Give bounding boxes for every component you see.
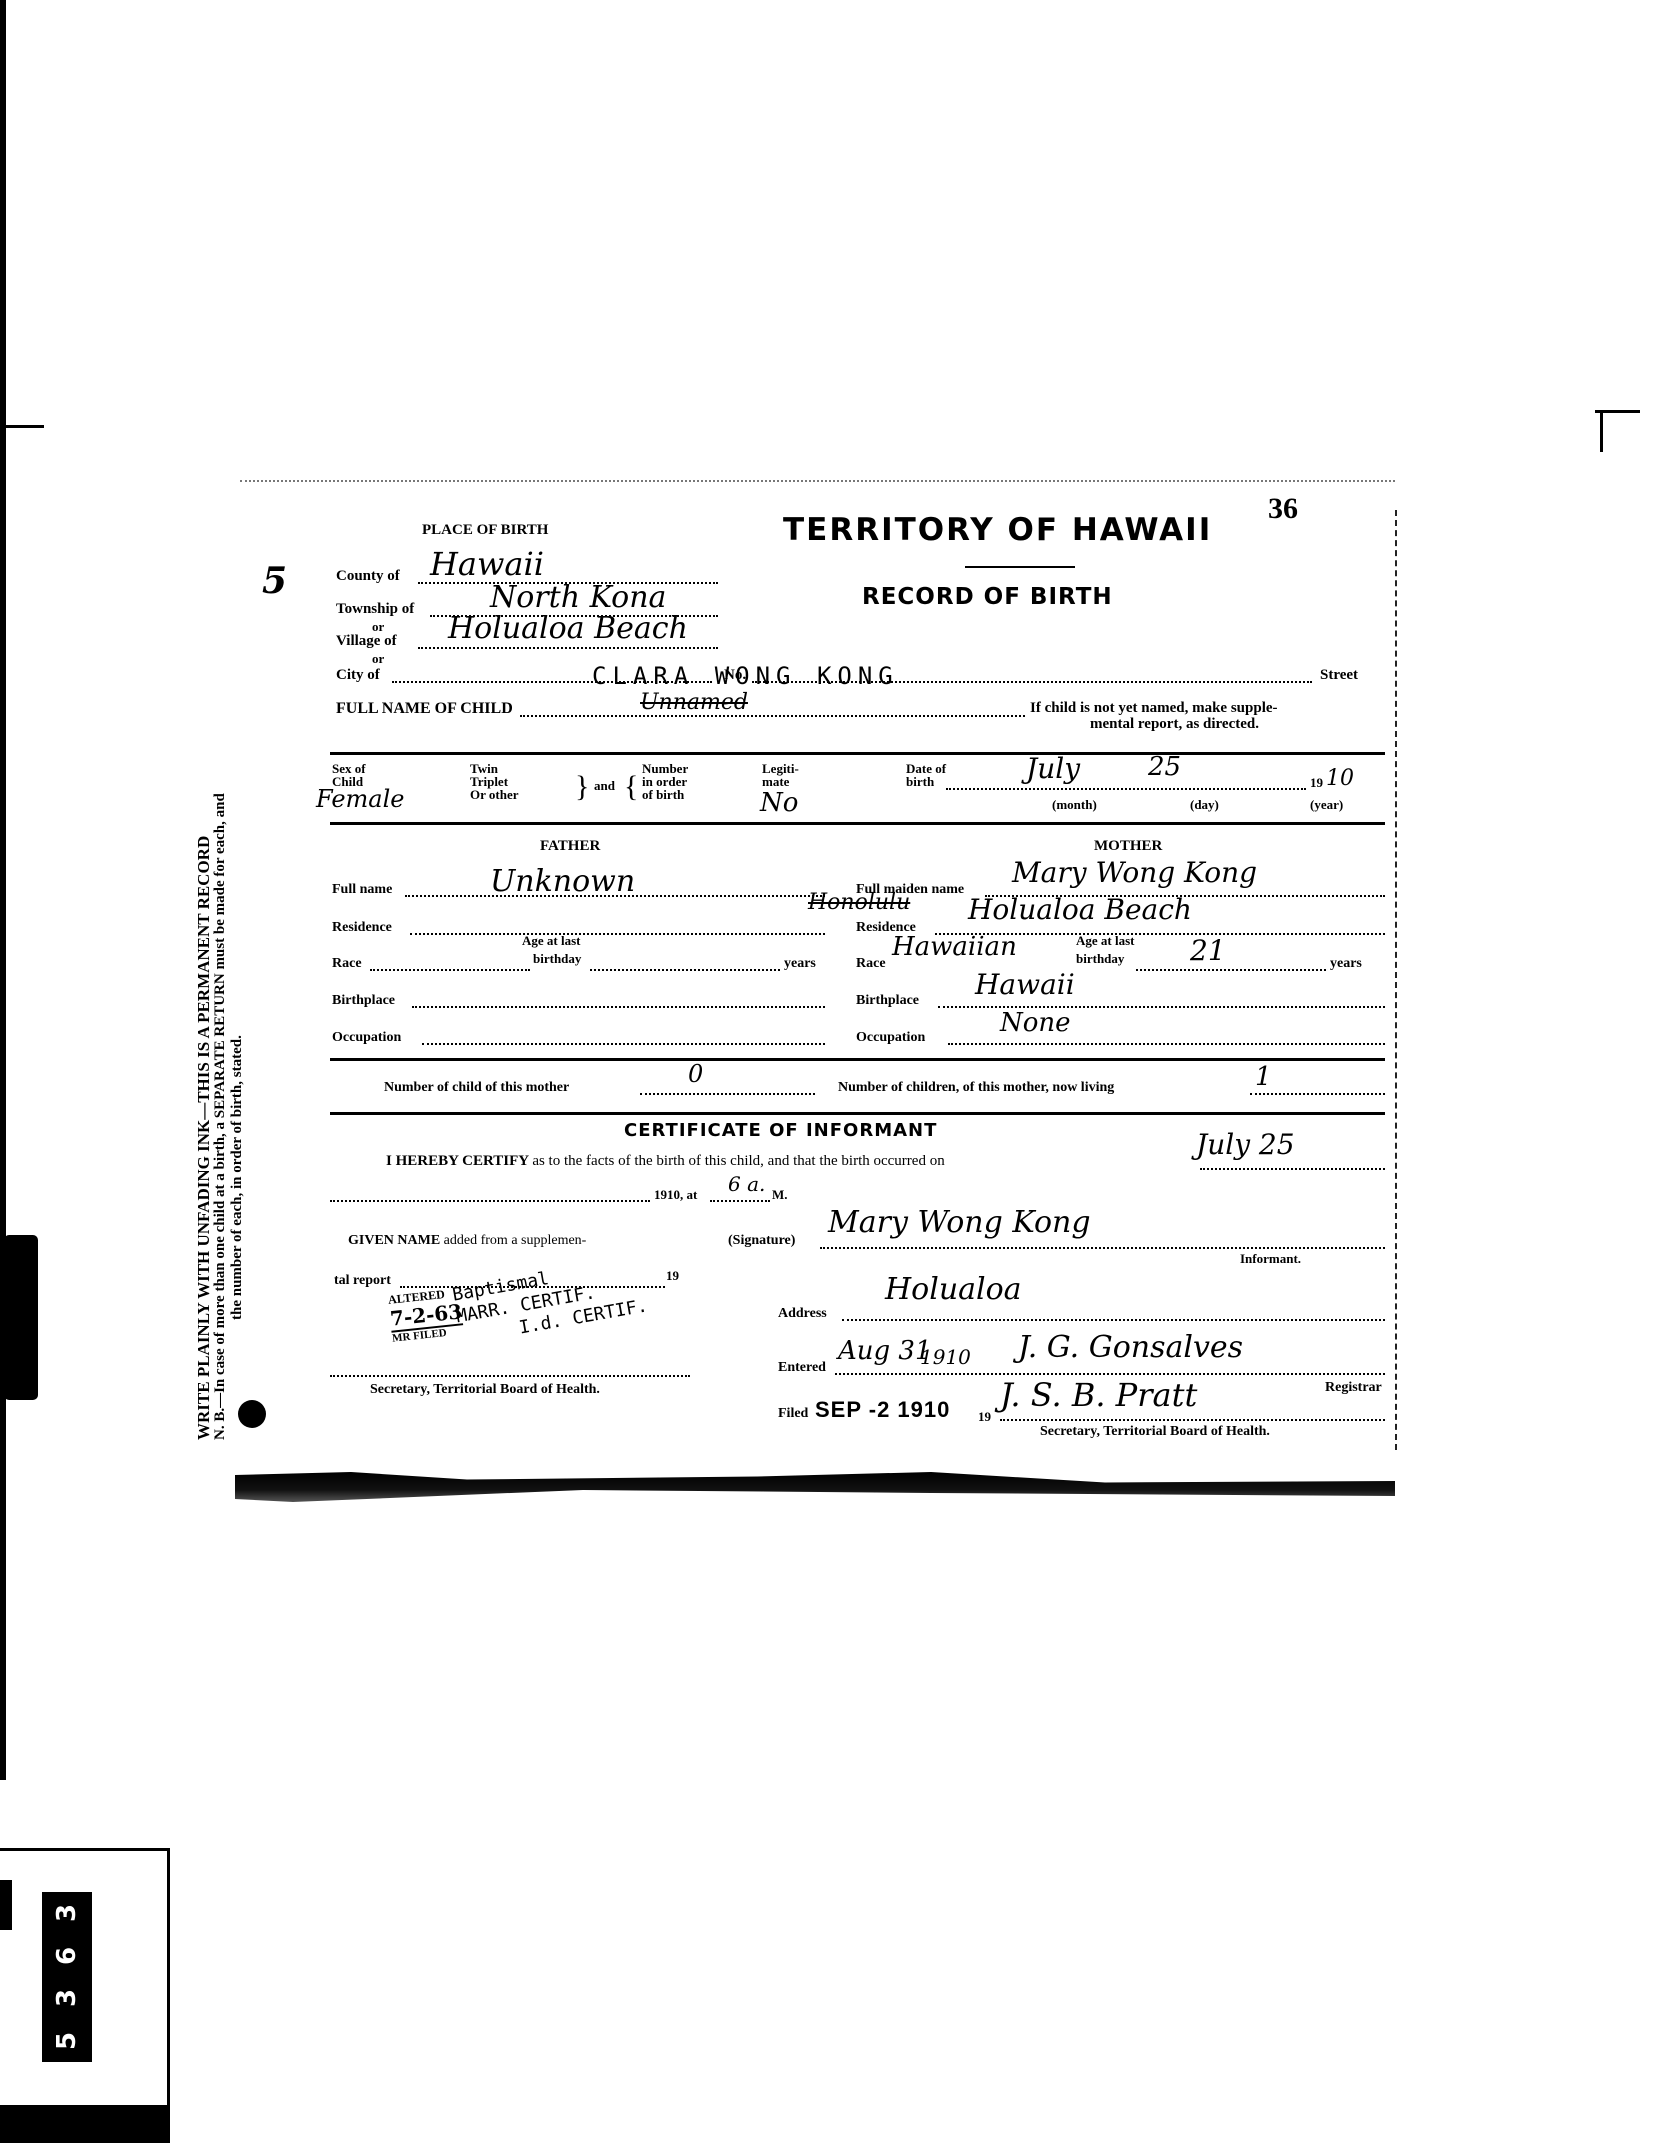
child-number-line: [640, 1093, 815, 1095]
entered-date: Aug 31: [838, 1336, 932, 1366]
section-divider: [330, 1112, 1385, 1115]
twin-label: TwinTripletOr other: [470, 762, 519, 801]
margin-note-2: the number of each, in order of birth, s…: [229, 480, 246, 1440]
year-caption: (year): [1310, 798, 1343, 811]
father-occupation-label: Occupation: [332, 1030, 401, 1046]
day-caption: (day): [1190, 798, 1219, 811]
entered-label: Entered: [778, 1360, 826, 1376]
form-right-edge: [1395, 510, 1399, 1450]
secretary-label-right: Secretary, Territorial Board of Health.: [1040, 1424, 1270, 1440]
certify-statement: I HEREBY CERTIFY as to the facts of the …: [386, 1153, 945, 1170]
birth-time-suffix: M.: [772, 1187, 788, 1203]
informant-label: Informant.: [1240, 1252, 1301, 1265]
mother-occupation-label: Occupation: [856, 1030, 925, 1046]
father-occupation-line: [422, 1043, 825, 1045]
father-name-value: Unknown: [490, 864, 635, 899]
or-label: or: [372, 652, 384, 665]
signature-label: (Signature): [728, 1233, 795, 1249]
filed-suffix: 19: [978, 1410, 991, 1423]
secretary-line-right: [1000, 1419, 1385, 1421]
mother-age-line: [1136, 969, 1326, 971]
village-line: [418, 647, 718, 649]
mother-age-label: Age at last: [1076, 934, 1135, 947]
dob-year-prefix: 19: [1310, 776, 1323, 789]
county-value: Hawaii: [430, 545, 544, 583]
section-divider: [330, 822, 1385, 825]
unnamed-note-cont: mental report, as directed.: [1090, 716, 1259, 733]
dob-day: 25: [1148, 752, 1181, 782]
supplemental-year: 19: [666, 1268, 679, 1284]
informant-signature: Mary Wong Kong: [828, 1205, 1091, 1240]
father-years-label: years: [784, 956, 816, 972]
stamp-digit: 3: [52, 1904, 82, 1922]
margin-page-ref: 5: [262, 560, 287, 602]
secretary-signature: J. S. B. Pratt: [1000, 1376, 1197, 1414]
place-of-birth-heading: PLACE OF BIRTH: [422, 522, 548, 539]
address-value: Holualoa: [885, 1272, 1022, 1307]
birth-year-line: [330, 1200, 650, 1202]
living-children-line: [1250, 1093, 1385, 1095]
document-subtitle: RECORD OF BIRTH: [862, 584, 1113, 610]
mother-birthplace-value: Hawaii: [975, 968, 1075, 1001]
margin-warning: WRITE PLAINLY WITH UNFADING INK—THIS IS …: [195, 480, 212, 1440]
township-value: North Kona: [490, 580, 666, 615]
county-label: County of: [336, 568, 400, 585]
father-name-label: Full name: [332, 882, 392, 898]
entered-year: 1910: [920, 1345, 971, 1369]
mother-race-value: Hawaiian: [892, 932, 1017, 962]
title-divider: [965, 566, 1075, 568]
child-name-line: [520, 715, 1025, 717]
secretary-line-left: [330, 1375, 690, 1377]
record-number: 36: [1268, 492, 1298, 526]
filed-label: Filed: [778, 1406, 808, 1422]
birth-time-line: [710, 1200, 770, 1202]
address-line: [842, 1319, 1385, 1321]
registrar-signature: J. G. Gonsalves: [1018, 1330, 1243, 1365]
and-label: and: [594, 779, 615, 792]
month-caption: (month): [1052, 798, 1097, 811]
birth-time-value: 6 a.: [728, 1172, 765, 1196]
brace-right: {: [624, 770, 638, 804]
stamp-digit: 3: [52, 1989, 82, 2007]
father-age-label: Age at last: [522, 934, 581, 947]
dob-label: Date ofbirth: [906, 762, 946, 788]
mother-name-value: Mary Wong Kong: [1012, 856, 1257, 889]
registrar-label: Registrar: [1325, 1380, 1382, 1396]
scan-footer-bar: [0, 2108, 170, 2143]
unnamed-note: If child is not yet named, make supple-: [1030, 700, 1278, 717]
mother-years-label: years: [1330, 956, 1362, 972]
village-label: Village of: [336, 633, 397, 650]
mother-heading: MOTHER: [1094, 838, 1162, 855]
father-race-label: Race: [332, 956, 362, 972]
living-children-label: Number of children, of this mother, now …: [838, 1080, 1114, 1096]
living-children-value: 1: [1255, 1062, 1272, 1092]
birth-date-line: [1200, 1168, 1385, 1170]
scan-edge: [0, 0, 6, 1780]
signature-line: [820, 1247, 1385, 1249]
filed-date-stamp: SEP -2 1910: [815, 1397, 950, 1423]
margin-instructions: WRITE PLAINLY WITH UNFADING INK—THIS IS …: [195, 480, 246, 1440]
legitimate-value: No: [760, 788, 798, 818]
scan-fragment: [0, 1880, 12, 1930]
mother-birthday-label: birthday: [1076, 952, 1124, 965]
address-label: Address: [778, 1306, 827, 1322]
dob-month: July: [1026, 752, 1080, 785]
secretary-label-left: Secretary, Territorial Board of Health.: [370, 1382, 600, 1398]
mother-birthplace-label: Birthplace: [856, 993, 919, 1009]
child-number-label: Number of child of this mother: [384, 1080, 569, 1096]
mother-occupation-value: None: [1000, 1008, 1071, 1038]
father-birthplace-line: [412, 1006, 825, 1008]
child-name-value: CLARA WONG KONG: [592, 662, 899, 690]
or-label: or: [372, 620, 384, 633]
father-age-line: [590, 969, 780, 971]
mother-residence-value: Holualoa Beach: [968, 893, 1192, 926]
dob-line: [946, 788, 1306, 790]
form-bottom-smear: [235, 1472, 1395, 1502]
sex-value: Female: [316, 785, 405, 813]
amendment-notes: Baptismal MARR. CERTIF. I.d. CERTIF.: [451, 1252, 650, 1350]
legitimate-label: Legiti-mate: [762, 762, 799, 788]
section-divider: [330, 1058, 1385, 1061]
brace-left: }: [575, 770, 589, 804]
form-top-edge: [240, 480, 1395, 494]
order-label: Numberin orderof birth: [642, 762, 688, 801]
crop-corner-mark: [1600, 410, 1603, 452]
child-name-label: FULL NAME OF CHILD: [336, 700, 513, 718]
ink-blot: [238, 1400, 266, 1428]
certificate-heading: CERTIFICATE OF INFORMANT: [624, 1120, 937, 1141]
city-label: City of: [336, 667, 380, 684]
father-birthplace-label: Birthplace: [332, 993, 395, 1009]
registrar-line: [835, 1373, 1385, 1375]
father-race-line: [370, 969, 530, 971]
binder-tab: [4, 1235, 38, 1400]
father-residence-label: Residence: [332, 920, 392, 936]
mother-residence-struck: Honolulu: [808, 890, 910, 915]
given-name-label: GIVEN NAME added from a supplemen-: [348, 1233, 586, 1249]
child-number-value: 0: [688, 1060, 703, 1088]
stamp-digit: 5: [52, 2032, 82, 2050]
child-name-struck: Unnamed: [640, 690, 748, 715]
birth-year-text: 1910, at: [654, 1187, 697, 1203]
father-birthday-label: birthday: [533, 952, 581, 965]
father-heading: FATHER: [540, 838, 600, 855]
document-title: TERRITORY OF HAWAII: [783, 512, 1212, 548]
mother-occupation-line: [948, 1043, 1385, 1045]
mother-age-value: 21: [1190, 934, 1226, 967]
birth-date-value: July 25: [1196, 1128, 1295, 1161]
stamp-digit: 6: [52, 1947, 82, 1965]
roll-number-stamp: 3 6 3 5: [42, 1892, 92, 2062]
given-name-label-cont: tal report: [334, 1273, 391, 1289]
street-label: Street: [1320, 667, 1358, 684]
village-value: Holualoa Beach: [448, 611, 688, 646]
mother-race-label: Race: [856, 956, 886, 972]
margin-note-1: N. B.—In case of more than one child at …: [212, 480, 229, 1440]
section-divider: [330, 752, 1385, 755]
dob-year: 10: [1326, 766, 1354, 791]
scan-tick-mark: [6, 425, 44, 428]
father-residence-line: [410, 933, 825, 935]
township-label: Township of: [336, 601, 414, 618]
